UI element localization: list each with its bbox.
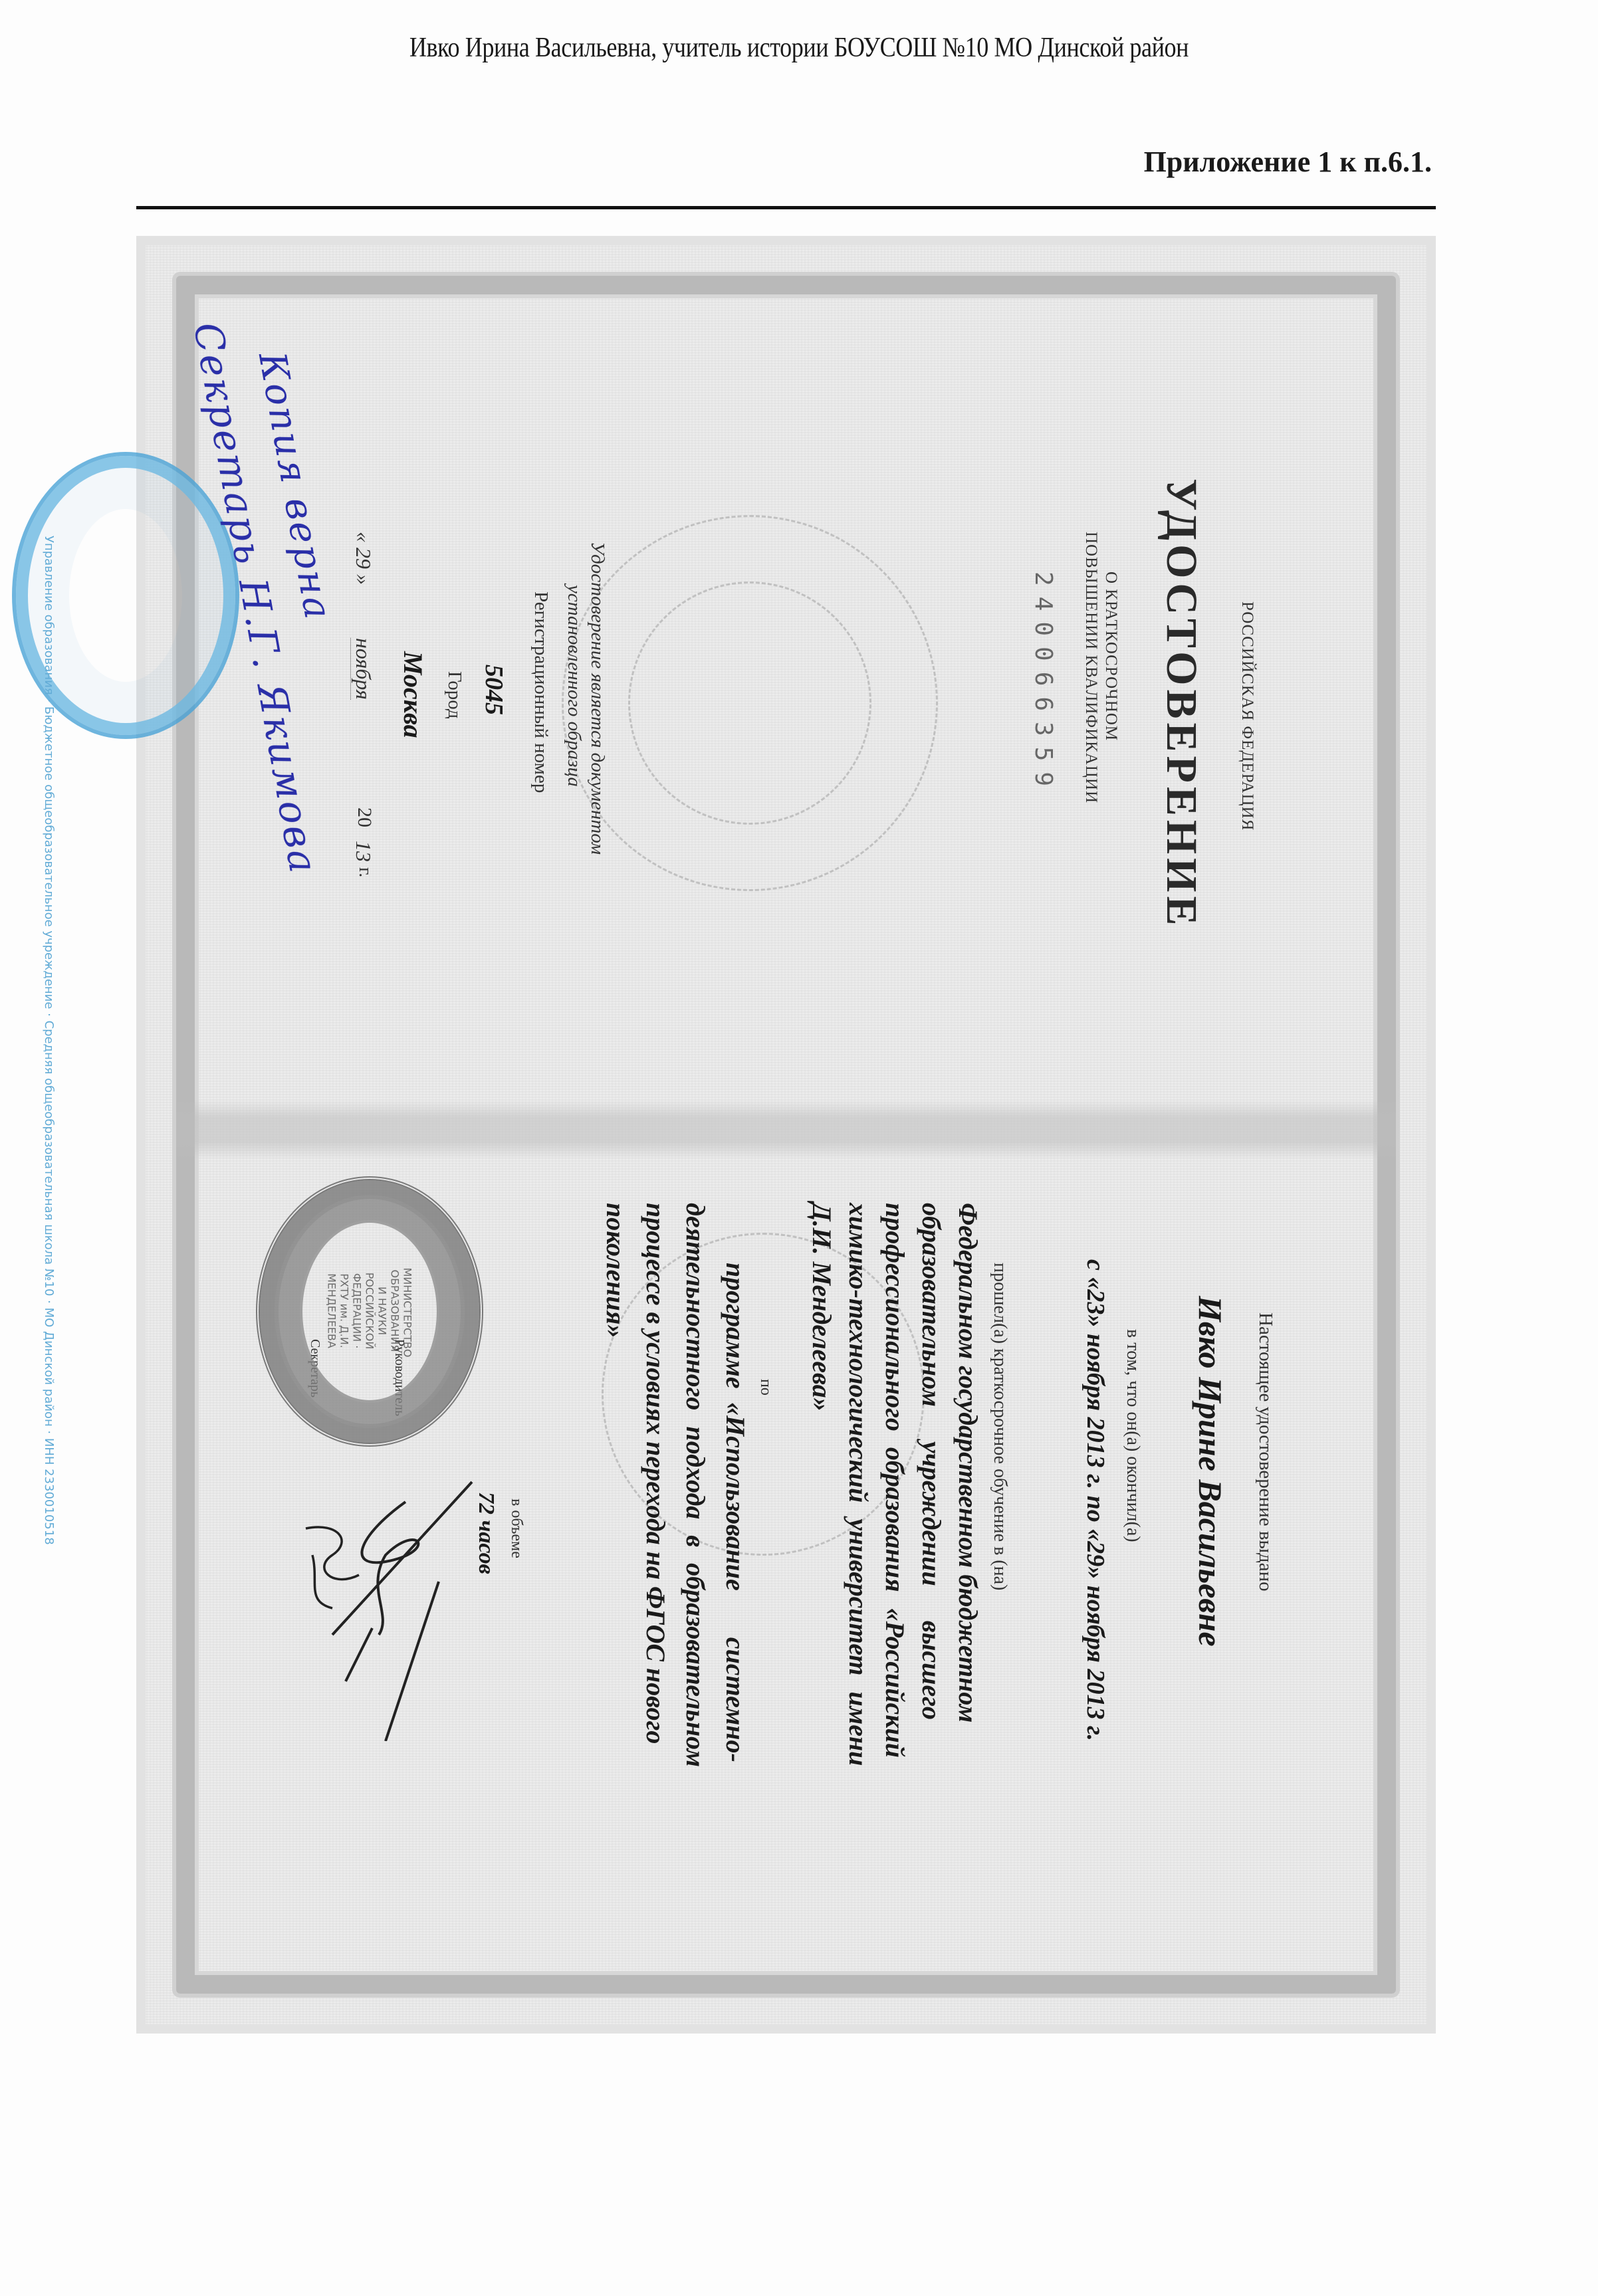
appendix-label: Приложение 1 к п.6.1. xyxy=(1144,145,1432,179)
institution-line: Д.И. Менделеева» xyxy=(806,1203,838,1411)
program-line: деятельностного подхода в образовательно… xyxy=(680,1203,711,1767)
institution-line: Федеральном государственном бюджетном xyxy=(953,1203,984,1722)
issued-to-label: Настоящее удостоверение выдано xyxy=(1254,1312,1276,1592)
country-label: РОССИЙСКАЯ ФЕДЕРАЦИЯ xyxy=(1238,601,1256,831)
issue-date-year-prefix: 20 xyxy=(353,807,376,827)
study-period: с «23» ноября 2013 г. по «29» ноября 201… xyxy=(1081,1259,1110,1741)
certificate-title: УДОСТОВЕРЕНИЕ xyxy=(1156,478,1206,930)
program-line: «Использование системно- xyxy=(720,1402,751,1762)
reg-number: 5045 xyxy=(479,665,509,715)
validity-note-2: установленного образца xyxy=(563,585,585,787)
university-seal: МИНИСТЕРСТВО ОБРАЗОВАНИЯ И НАУКИ РОССИЙС… xyxy=(256,1176,483,1447)
recipient-name: Ивко Ирине Васильевне xyxy=(1191,1296,1230,1647)
page-header-title: Ивко Ирина Васильевна, учитель истории Б… xyxy=(112,32,1486,64)
institution-line: образовательном учреждении высшего xyxy=(916,1203,947,1720)
institution-line: профессионального образования «Российски… xyxy=(879,1203,911,1758)
school-stamp-text: Управление образования · Бюджетное общео… xyxy=(42,536,56,536)
city-value: Москва xyxy=(398,651,429,738)
certificate-serial-number: 240066359 xyxy=(1030,572,1057,797)
school-stamp: Управление образования · Бюджетное общео… xyxy=(12,452,239,739)
secretary-signature xyxy=(292,1515,386,1615)
certificate-fold xyxy=(176,1100,1396,1160)
issue-date-day: « 29 » xyxy=(351,532,376,585)
city-label: Город xyxy=(443,671,465,719)
validity-note-1: Удостоверение является документом xyxy=(586,542,608,855)
header-divider xyxy=(136,206,1436,209)
issue-date-year: 13 xyxy=(351,841,376,862)
issue-date-month: ноября xyxy=(350,638,376,700)
program-by-label: по xyxy=(756,1379,774,1396)
certificate-subtitle-2: ПОВЫШЕНИИ КВАЛИФИКАЦИИ xyxy=(1082,532,1100,803)
issue-date-year-suffix: г. xyxy=(354,867,376,877)
program-prefix: программе xyxy=(720,1263,751,1389)
certificate-subtitle-1: О КРАТКОСРОЧНОМ xyxy=(1101,572,1120,741)
certificate-scan xyxy=(136,236,1436,2034)
study-label: прошел(а) краткосрочное обучение в (на) xyxy=(989,1263,1010,1590)
watermark-rosette-icon xyxy=(628,581,871,825)
reg-number-label: Регистрационный номер xyxy=(530,591,552,793)
completion-label: в том, что он(а) окончил(а) xyxy=(1122,1329,1143,1542)
seal-text: МИНИСТЕРСТВО ОБРАЗОВАНИЯ И НАУКИ РОССИЙС… xyxy=(326,1268,414,1354)
program-line: поколения» xyxy=(600,1203,631,1338)
institution-line: химико-технологический университет имени xyxy=(843,1203,874,1766)
program-line: процессе в условиях перехода на ФГОС нов… xyxy=(640,1203,671,1744)
